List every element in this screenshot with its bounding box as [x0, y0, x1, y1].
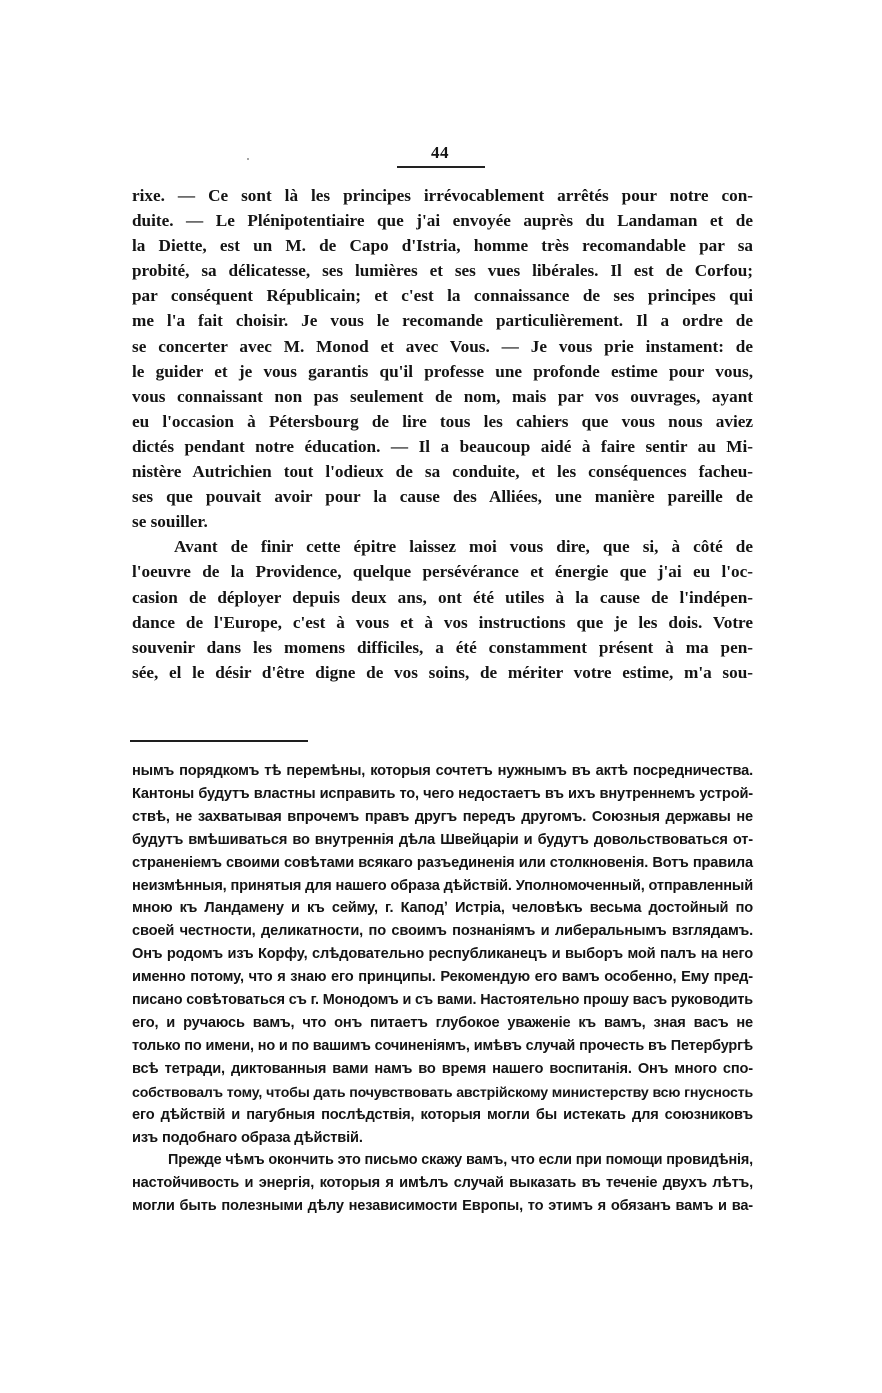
- text-line: sée, el le désir d'être digne de vos soi…: [132, 660, 753, 685]
- footnote-text-russian: нымъ порядкомъ тѣ перемѣны, которыя сочт…: [132, 760, 753, 1218]
- footnote-line: Онъ родомъ изъ Корфу, слѣдовательно респ…: [132, 943, 753, 966]
- footnote-line: именно потому, что я знаю его принципы. …: [132, 966, 753, 989]
- footnote-line: его дѣйствій и пагубныя послѣдствія, кот…: [132, 1104, 753, 1127]
- footnote-line: настойчивость и энергія, которыя я имѣлъ…: [132, 1172, 753, 1195]
- paragraph-start-line: Avant de finir cette épitre laissez moi …: [132, 534, 753, 559]
- footnote-line: неизмѣнныя, принятыя для нашего образа д…: [132, 875, 753, 898]
- footnote-line: писано совѣтоваться съ г. Монодомъ и съ …: [132, 989, 753, 1012]
- header-rule: [397, 166, 485, 168]
- book-page: 44 rixe. — Ce sont là les principes irré…: [0, 0, 882, 1393]
- text-line: le guider et je vous garantis qu'il prof…: [132, 359, 753, 384]
- text-line: dictés pendant notre éducation. — Il a b…: [132, 434, 753, 459]
- text-line: dance de l'Europe, c'est à vous et à vos…: [132, 610, 753, 635]
- text-line: nistère Autrichien tout l'odieux de sa c…: [132, 459, 753, 484]
- footnote-line: только по имени, но и по вашимъ сочинені…: [132, 1035, 753, 1058]
- text-line: me l'a fait choisir. Je vous le recomand…: [132, 308, 753, 333]
- text-line: probité, sa délicatesse, ses lumières et…: [132, 258, 753, 283]
- text-line: rixe. — Ce sont là les principes irrévoc…: [132, 183, 753, 208]
- footnote-line: собствовалъ тому, чтобы дать почувствова…: [132, 1081, 753, 1104]
- scan-speck: [247, 158, 249, 160]
- text-line: se concerter avec M. Monod et avec Vous.…: [132, 334, 753, 359]
- footnote-line: нымъ порядкомъ тѣ перемѣны, которыя сочт…: [132, 760, 753, 783]
- footnote-line: страненіемъ своими совѣтами всякаго разъ…: [132, 852, 753, 875]
- footnote-line: всѣ тетради, диктованныя вами намъ во вр…: [132, 1058, 753, 1081]
- text-line: vous connaissant non pas seulement de no…: [132, 384, 753, 409]
- footnote-line: будутъ вмѣшиваться во внутреннія дѣла Шв…: [132, 829, 753, 852]
- footnote-line: Кантоны будутъ властны исправить то, чег…: [132, 783, 753, 806]
- text-line: souvenir dans les momens difficiles, a é…: [132, 635, 753, 660]
- text-line: se souiller.: [132, 509, 753, 534]
- text-line: la Diette, est un M. de Capo d'Istria, h…: [132, 233, 753, 258]
- text-line: ses que pouvait avoir pour la cause des …: [132, 484, 753, 509]
- footnote-line: изъ подобнаго образа дѣйствій.: [132, 1127, 753, 1150]
- text-line: casion de déployer depuis deux ans, ont …: [132, 585, 753, 610]
- paragraph-start-line: Прежде чѣмъ окончить это письмо скажу ва…: [132, 1149, 753, 1172]
- footnote-line: его, и ручаюсь вамъ, что онъ питаетъ глу…: [132, 1012, 753, 1035]
- footnote-line: ствѣ, не захватывая впрочемъ правъ другъ…: [132, 806, 753, 829]
- footnote-rule: [130, 740, 308, 742]
- text-line: par conséquent Républicain; et c'est la …: [132, 283, 753, 308]
- footnote-line: могли быть полезными дѣлу независимости …: [132, 1195, 753, 1218]
- text-line: duite. — Le Plénipotentiaire que j'ai en…: [132, 208, 753, 233]
- footnote-line: своей честности, деликатности, по своимъ…: [132, 920, 753, 943]
- text-line: l'oeuvre de la Providence, quelque persé…: [132, 559, 753, 584]
- text-line: eu l'occasion à Pétersbourg de lire tous…: [132, 409, 753, 434]
- footnote-line: мною къ Ландамену и къ сейму, г. Каподʼ …: [132, 897, 753, 920]
- main-text-french: rixe. — Ce sont là les principes irrévoc…: [132, 183, 753, 685]
- page-number: 44: [400, 143, 480, 163]
